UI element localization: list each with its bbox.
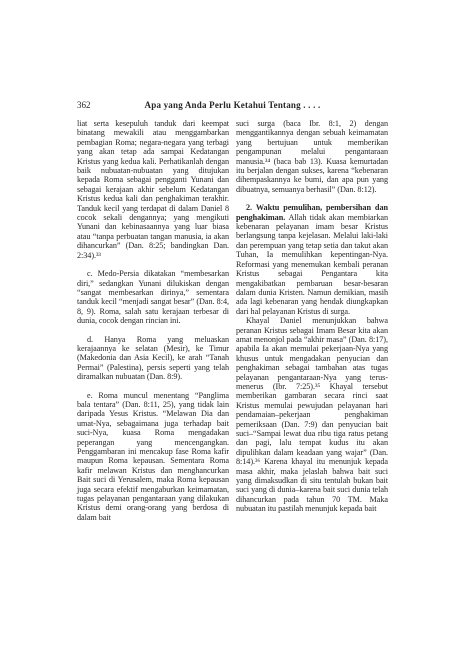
paragraph-text: Allah tidak akan membiarkan kebenaran pe… bbox=[236, 213, 388, 316]
left-column: liat serta kesepuluh tanduk dari keempat… bbox=[77, 119, 229, 522]
text-columns: liat serta kesepuluh tanduk dari keempat… bbox=[77, 119, 388, 522]
paragraph: c. Medo-Persia dikatakan “membesarkan di… bbox=[77, 269, 229, 325]
book-page: 362 Apa yang Anda Perlu Ketahui Tentang … bbox=[0, 0, 460, 650]
paragraph-text: c. Medo-Persia dikatakan “membesarkan di… bbox=[77, 269, 229, 325]
paragraph: e. Roma muncul menentang “Panglima bala … bbox=[77, 391, 229, 523]
paragraph-text: liat serta kesepuluh tanduk dari keempat… bbox=[77, 119, 229, 260]
paragraph: 2. Waktu pemulihan, pembersihan dan peng… bbox=[236, 203, 388, 316]
running-title: Apa yang Anda Perlu Ketahui Tentang . . … bbox=[77, 99, 388, 111]
paragraph-text: suci surga (baca Ibr. 8:1, 2) dengan men… bbox=[236, 119, 388, 194]
paragraph: Khayal Daniel menunjukkan bahwa peranan … bbox=[236, 316, 388, 514]
paragraph: suci surga (baca Ibr. 8:1, 2) dengan men… bbox=[236, 119, 388, 194]
right-column: suci surga (baca Ibr. 8:1, 2) dengan men… bbox=[236, 119, 388, 522]
page-header: 362 Apa yang Anda Perlu Ketahui Tentang … bbox=[77, 99, 388, 111]
paragraph: d. Hanya Roma yang meluaskan kerajaannya… bbox=[77, 335, 229, 382]
paragraph-text: Khayal Daniel menunjukkan bahwa peranan … bbox=[236, 316, 388, 513]
paragraph-text: e. Roma muncul menentang “Panglima bala … bbox=[77, 391, 229, 522]
paragraph-text: d. Hanya Roma yang meluaskan kerajaannya… bbox=[77, 335, 229, 382]
paragraph: liat serta kesepuluh tanduk dari keempat… bbox=[77, 119, 229, 260]
